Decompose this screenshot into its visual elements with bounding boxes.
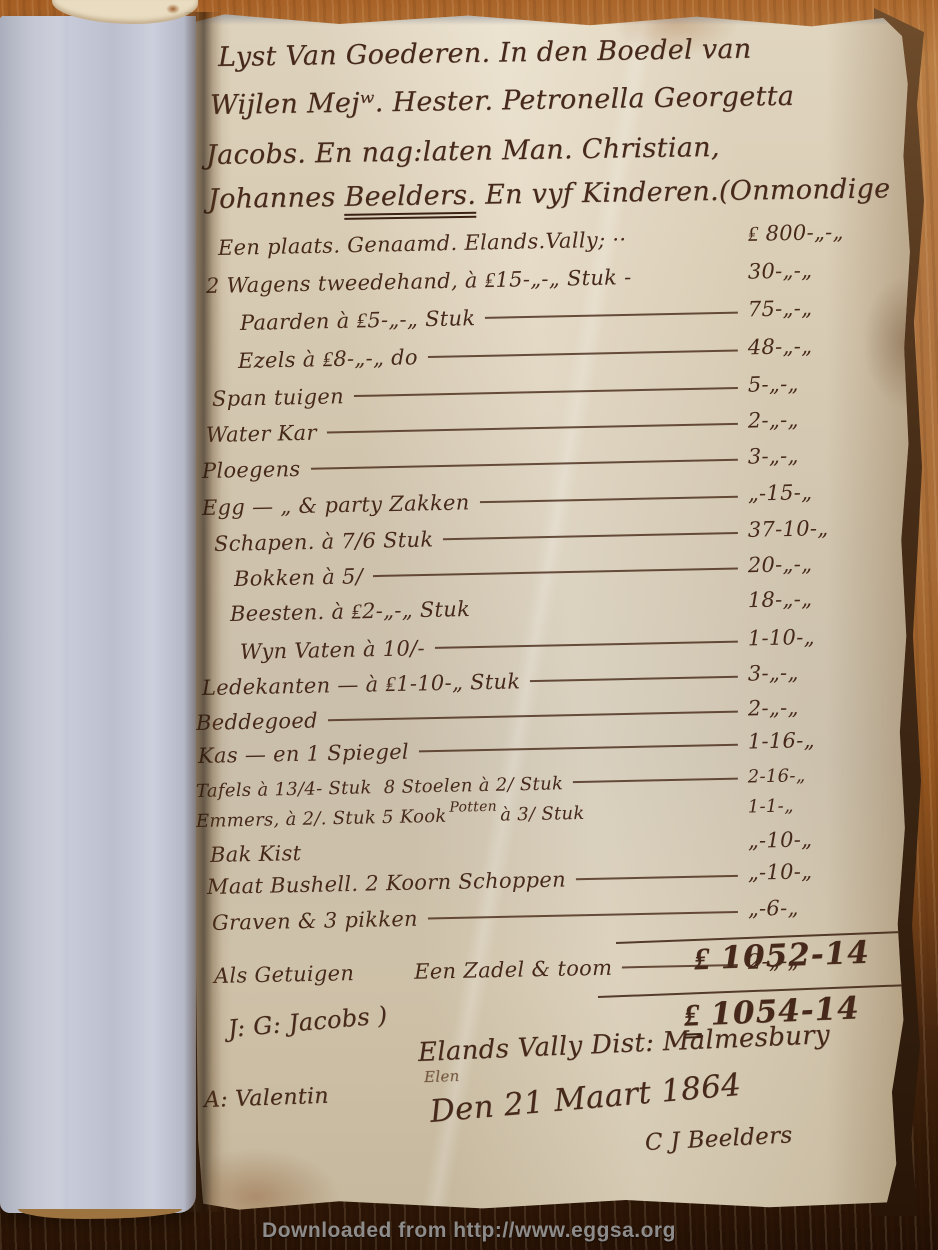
item-description: Egg — „ & party Zakken — [202, 490, 470, 520]
item-value: „-10-„ — [748, 858, 898, 885]
item-description: à 3/ Stuk — [500, 803, 585, 826]
ledger-row: Wyn Vaten à 10/-1-10-„ — [240, 626, 898, 664]
item-value: 18-„-„ — [748, 585, 898, 612]
item-description: Kas — en 1 Spiegel — [198, 740, 409, 768]
item-description: Wyn Vaten à 10/- — [240, 636, 425, 664]
item-value: 75-„-„ — [748, 294, 898, 321]
item-description: Ezels à ₤8-„-„ do — [238, 345, 418, 374]
ledger-row: Schapen. à 7/6 Stuk37-10-„ — [214, 518, 898, 556]
item-description: Ledekanten — à ₤1-10-„ Stuk — [202, 669, 521, 701]
item-value: ₤ 800-„-„ — [748, 219, 898, 247]
item-value: 2-16-„ — [748, 763, 898, 787]
ledger-row: Graven & 3 pikken„-6-„ — [212, 897, 898, 935]
signature-witness-jacobs: J: G: Jacobs ) — [227, 1001, 389, 1043]
surname-underlined: Beelders. — [344, 180, 476, 220]
item-description: Ploegens — [202, 457, 301, 483]
item-value: 2-„-„ — [748, 693, 898, 720]
stain — [166, 4, 180, 14]
item-description: Water Kar — [206, 421, 317, 447]
header-line-1: Lyst Van Goederen. In den Boedel van — [218, 34, 752, 73]
header-line-4: Johannes Beelders. En vyf Kinderen.(Onmo… — [208, 173, 891, 215]
item-value: 1-1-„ — [748, 793, 898, 817]
ledger-row: 2 Wagens tweedehand, à ₤15-„-„ Stuk -30-… — [206, 260, 898, 299]
item-value: 37-10-„ — [748, 515, 898, 542]
handwritten-ledger-page: Lyst Van Goederen. In den Boedel van Wij… — [196, 12, 912, 1212]
place-line: Elands Vally Dist: Malmesbury — [417, 1020, 830, 1068]
item-value: 30-„-„ — [748, 257, 898, 284]
signature-witness-valentin: A: Valentin — [204, 1084, 330, 1113]
item-value: 20-„-„ — [748, 550, 898, 577]
witness-entry-row: Als GetuigenEen Zadel & toom2-„-„ — [214, 950, 898, 988]
item-description: Graven & 3 pikken — [212, 907, 418, 935]
item-value: 2-„-„ — [748, 947, 898, 974]
ledger-row: Span tuigen5-„-„ — [212, 373, 898, 411]
item-value: 3-„-„ — [748, 658, 898, 685]
item-description: Beddegoed — [196, 708, 318, 735]
item-description: Emmers, à 2/. Stuk 5 Kook — [196, 806, 447, 832]
ledger-row: Een plaats. Genaamd. Elands.Vally; ··₤ 8… — [218, 222, 898, 261]
item-description: Paarden à ₤5-„-„ Stuk — [240, 306, 476, 336]
item-description: 2 Wagens tweedehand, à ₤15-„-„ Stuk - — [206, 265, 632, 299]
ledger-row: Maat Bushell. 2 Koorn Schoppen„-10-„ — [207, 861, 898, 899]
ledger-row: Emmers, à 2/. Stuk 5 KookPottenà 3/ Stuk… — [196, 796, 898, 832]
item-description: Maat Bushell. 2 Koorn Schoppen — [207, 867, 566, 899]
header-line-4-pre: Johannes — [208, 182, 345, 215]
witness-label: Als Getuigen — [214, 961, 355, 988]
header-line-2: Wijlen Mejʷ. Hester. Petronella Georgett… — [210, 81, 795, 121]
header-line-3: Jacobs. En nag:laten Man. Christian, — [206, 132, 720, 171]
blank-left-page — [0, 16, 196, 1213]
photographed-document-scene: Lyst Van Goederen. In den Boedel van Wij… — [0, 0, 938, 1250]
item-value: 1-10-„ — [748, 623, 898, 650]
place-annotation: Elen — [424, 1067, 460, 1086]
item-description: Schapen. à 7/6 Stuk — [214, 527, 434, 556]
item-value: 1-16-„ — [748, 726, 898, 753]
ledger-row: Ploegens3-„-„ — [202, 444, 898, 483]
watermark-text: Downloaded from http://www.eggsa.org — [230, 1219, 708, 1243]
header-line-4-post: En vyf Kinderen.(Onmondige — [476, 173, 891, 211]
item-description: Bokken à 5/ — [234, 564, 364, 591]
inserted-word: Potten — [449, 799, 497, 816]
item-description: Een Zadel & toom — [414, 956, 613, 984]
item-description: Span tuigen — [212, 384, 344, 411]
item-value: „-6-„ — [748, 894, 898, 921]
ledger-row: Beesten. à ₤2-„-„ Stuk18-„-„ — [230, 588, 898, 627]
item-description: Een plaats. Genaamd. Elands.Vally; ·· — [218, 227, 627, 260]
item-value: 48-„-„ — [748, 332, 898, 359]
item-description: Bak Kist — [210, 841, 302, 867]
ledger-row: Paarden à ₤5-„-„ Stuk75-„-„ — [240, 297, 898, 336]
item-description: Tafels à 13/4- Stuk 8 Stoelen à 2/ Stuk — [196, 773, 564, 802]
item-value: „-10-„ — [748, 826, 898, 853]
item-value: 3-„-„ — [748, 441, 898, 468]
ledger-row: Bokken à 5/20-„-„ — [234, 553, 898, 591]
ledger-row: Kas — en 1 Spiegel1-16-„ — [198, 729, 898, 768]
item-description: Beesten. à ₤2-„-„ Stuk — [230, 597, 471, 627]
item-value: „-15-„ — [748, 478, 898, 505]
signature-beelders: C J Beelders — [644, 1122, 793, 1156]
date-line: Den 21 Maart 1864 — [428, 1067, 742, 1130]
item-value: 5-„-„ — [748, 370, 898, 397]
ledger-row: Ezels à ₤8-„-„ do48-„-„ — [238, 335, 898, 374]
item-value: 2-„-„ — [748, 406, 898, 433]
ledger-row: Egg — „ & party Zakken„-15-„ — [202, 481, 898, 520]
ledger-row: Water Kar2-„-„ — [206, 409, 898, 447]
